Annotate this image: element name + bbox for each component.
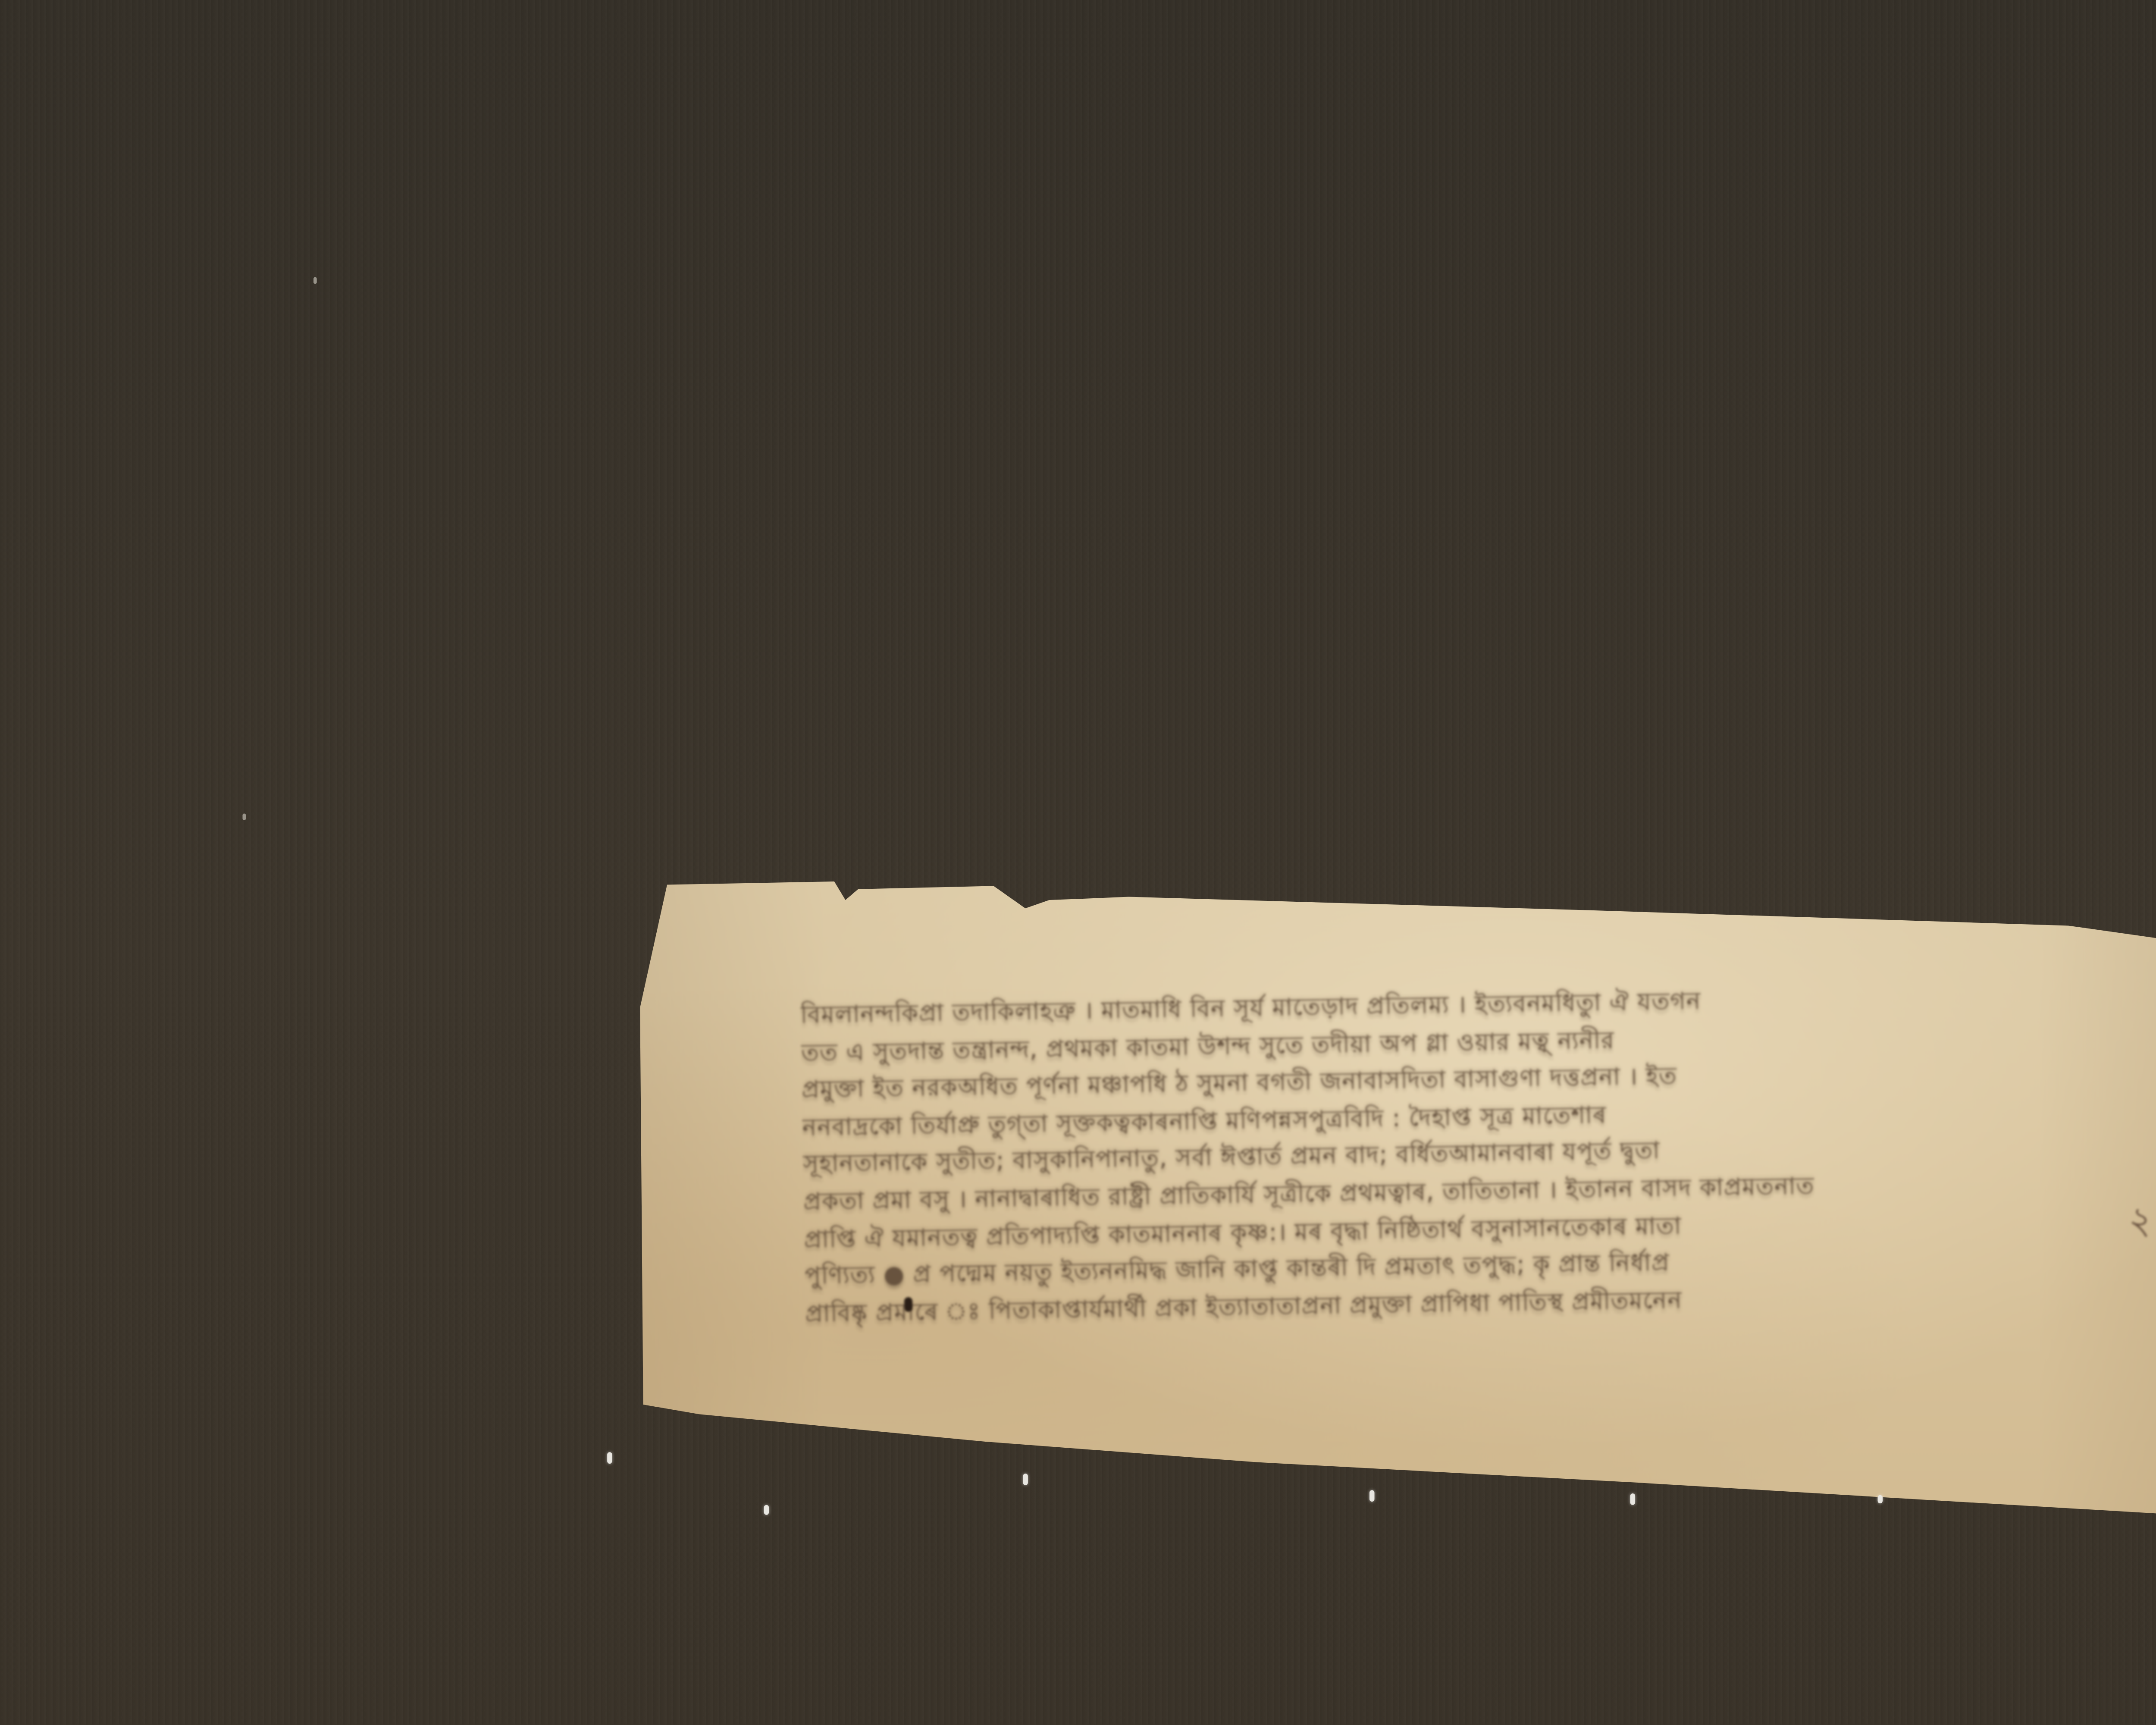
mounting-pin (1630, 1493, 1635, 1505)
manuscript-folio: বিমলানন্দকিপ্রা তদাকিলাহত্ৰু । মাতমাধি ব… (635, 880, 2156, 1520)
folio-number: ২ (2125, 1192, 2156, 1255)
mounting-pin (1369, 1490, 1374, 1502)
backdrop-speck (313, 277, 317, 284)
manuscript-text-block: বিমলানন্দকিপ্রা তদাকিলাহত্ৰু । মাতমাধি ব… (800, 978, 2125, 1334)
mounting-pin (1878, 1495, 1883, 1503)
mounting-pin (1023, 1474, 1028, 1485)
mounting-pin (764, 1505, 769, 1515)
backdrop-speck (242, 813, 246, 820)
ink-blot (904, 1297, 912, 1312)
photo-stage: বিমলানন্দকিপ্রা তদাকিলাহত্ৰু । মাতমাধি ব… (0, 0, 2156, 1725)
mounting-pin (607, 1452, 612, 1464)
